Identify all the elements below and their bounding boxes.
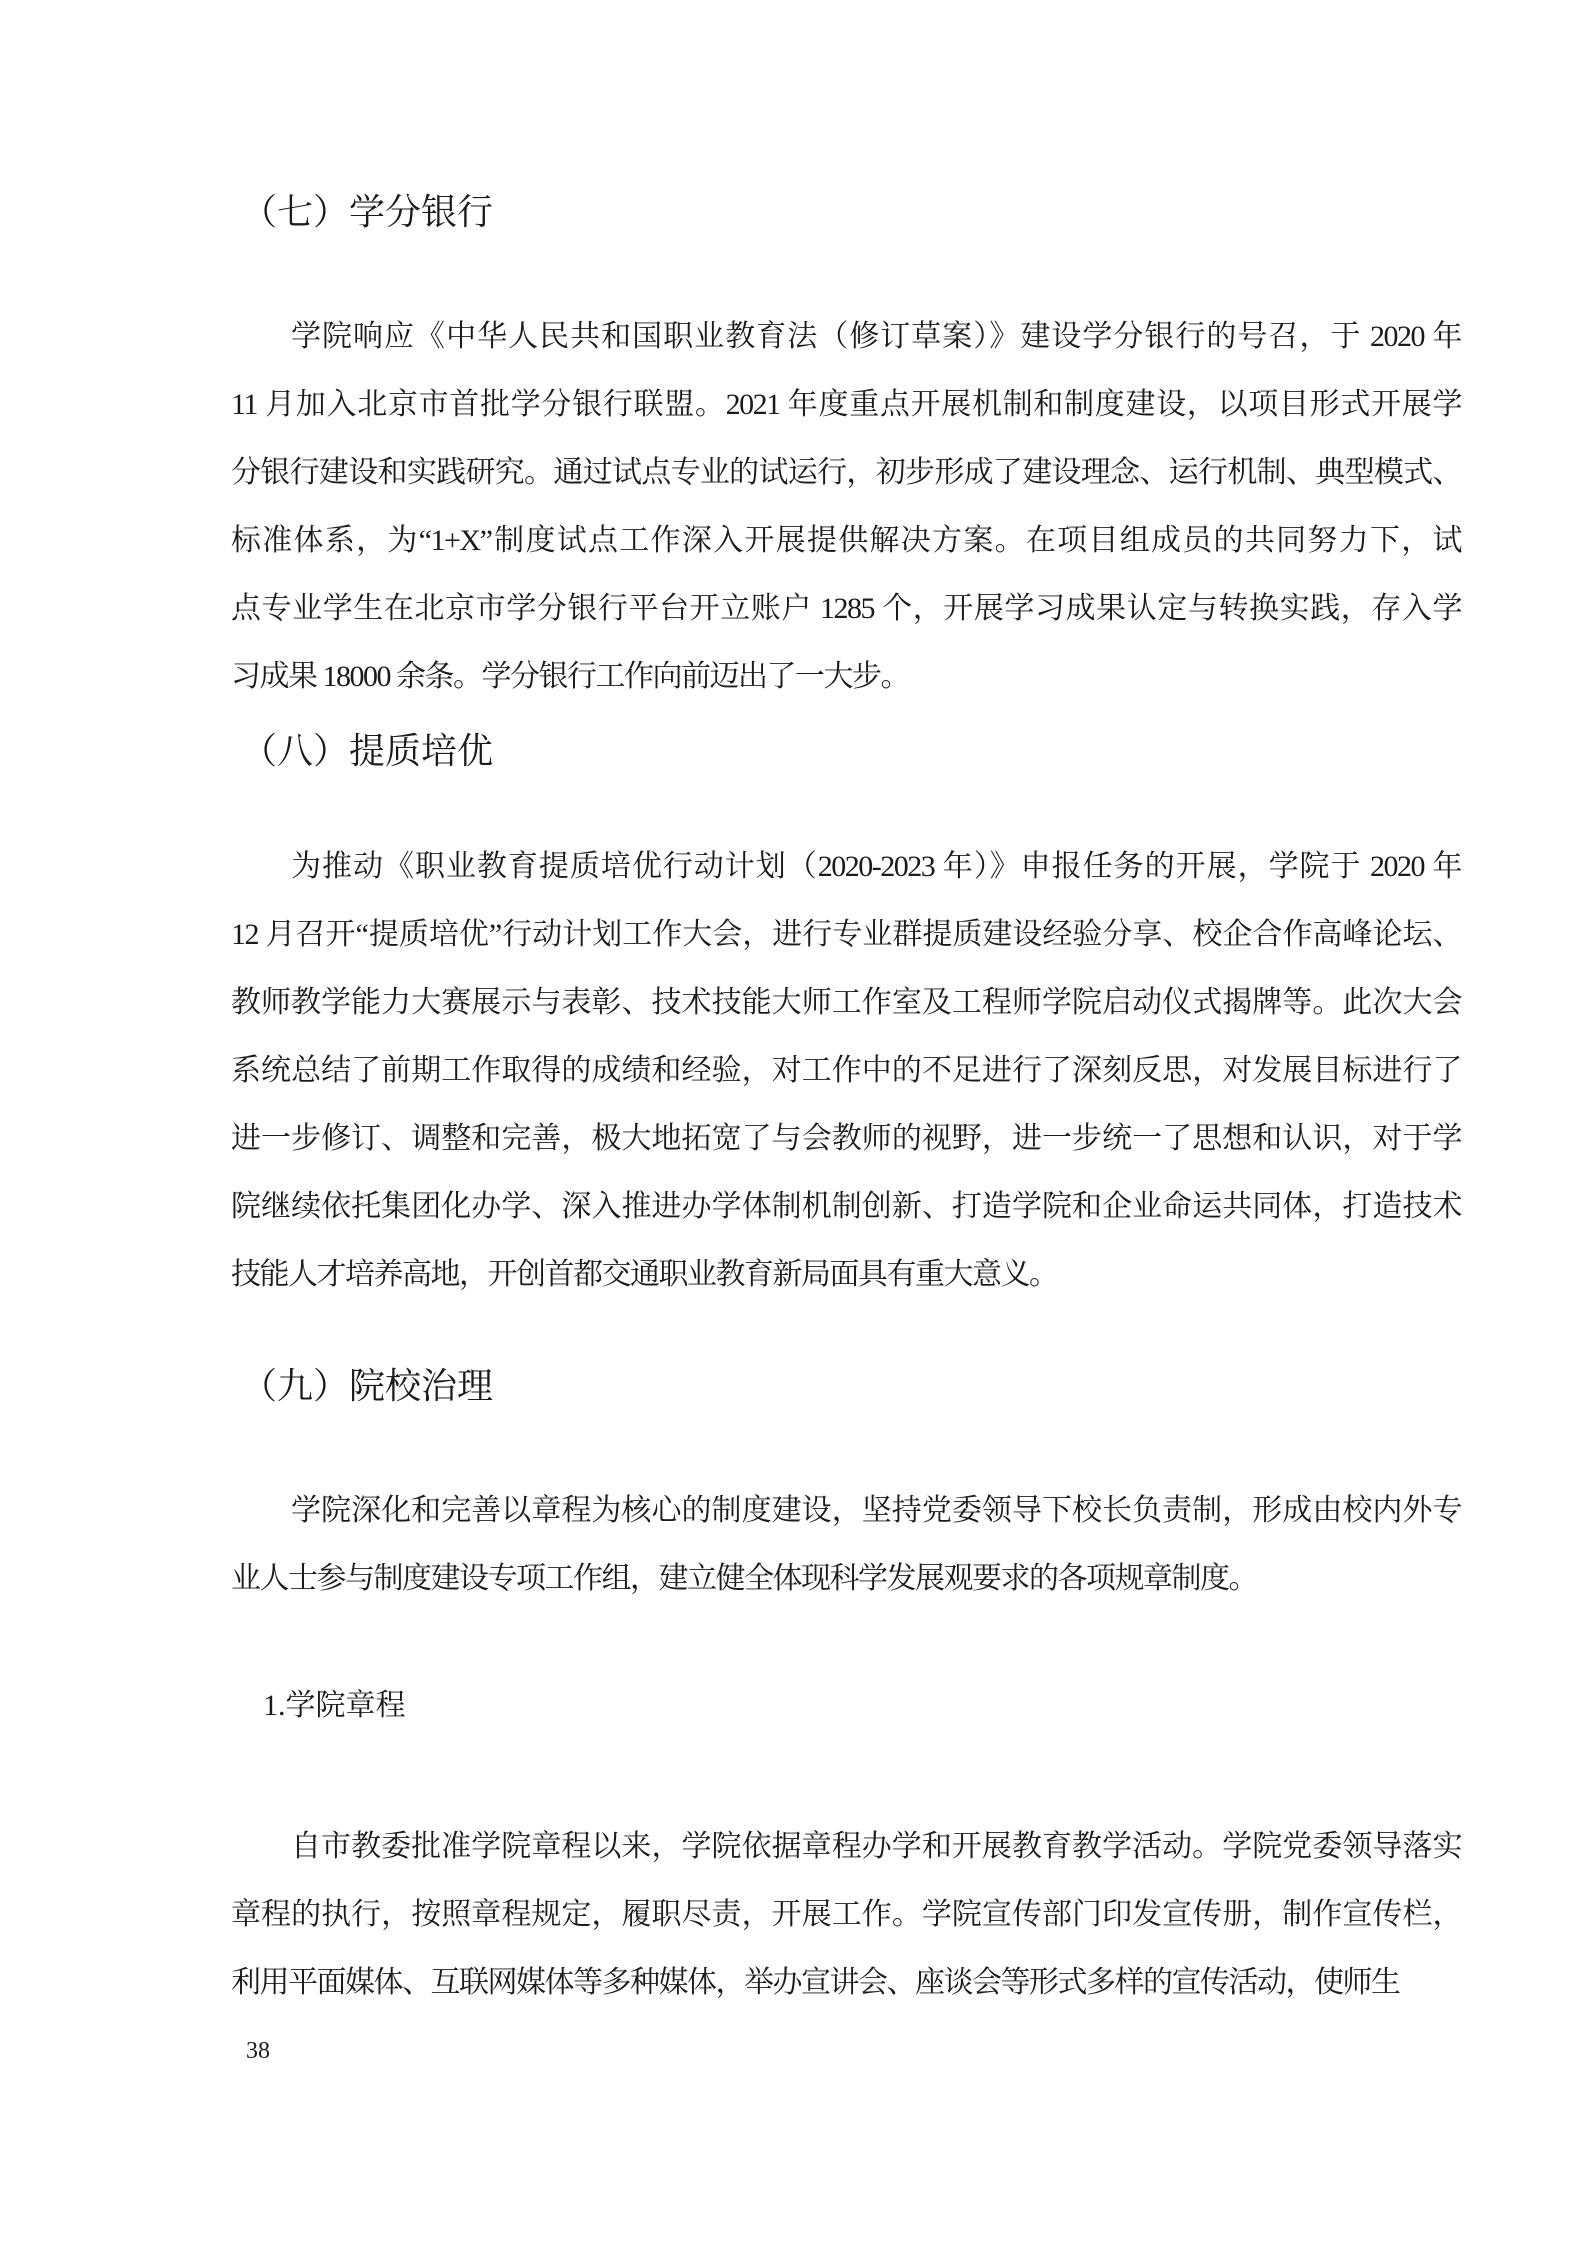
- paragraph: 为推动《职业教育提质培优行动计划（2020-2023 年）》申报任务的开展，学院…: [231, 833, 1461, 1309]
- subsection-heading: 1.学院章程: [263, 1672, 1461, 1740]
- paragraph: 学院深化和完善以章程为核心的制度建设，坚持党委领导下校长负责制，形成由校内外专业…: [231, 1477, 1461, 1613]
- text-line: 为推动《职业教育提质培优行动计划（2020-2023 年）》申报任务的开展，学院…: [231, 833, 1461, 901]
- text-line: 点专业学生在北京市学分银行平台开立账户 1285 个，开展学习成果认定与转换实践…: [231, 575, 1461, 643]
- text-line: 学院响应《中华人民共和国职业教育法（修订草案）》建设学分银行的号召，于 2020…: [231, 303, 1461, 371]
- document-body: （七）学分银行学院响应《中华人民共和国职业教育法（修订草案）》建设学分银行的号召…: [231, 178, 1461, 2017]
- text-line: 业人士参与制度建设专项工作组，建立健全体现科学发展观要求的各项规章制度。: [231, 1545, 1461, 1613]
- text-line: 分银行建设和实践研究。通过试点专业的试运行，初步形成了建设理念、运行机制、典型模…: [231, 439, 1461, 507]
- text-line: 11 月加入北京市首批学分银行联盟。2021 年度重点开展机制和制度建设，以项目…: [231, 371, 1461, 439]
- section-heading: （七）学分银行: [231, 178, 1461, 246]
- text-line: 系统总结了前期工作取得的成绩和经验，对工作中的不足进行了深刻反思，对发展目标进行…: [231, 1037, 1461, 1105]
- text-line: 12 月召开“提质培优”行动计划工作大会，进行专业群提质建设经验分享、校企合作高…: [231, 901, 1461, 969]
- page-number: 38: [246, 2036, 270, 2066]
- text-line: 习成果 18000 余条。学分银行工作向前迈出了一大步。: [231, 643, 1461, 711]
- paragraph: 学院响应《中华人民共和国职业教育法（修订草案）》建设学分银行的号召，于 2020…: [231, 303, 1461, 711]
- text-line: 利用平面媒体、互联网媒体等多种媒体，举办宣讲会、座谈会等形式多样的宣传活动，使师…: [231, 1949, 1461, 2017]
- text-line: 自市教委批准学院章程以来，学院依据章程办学和开展教育教学活动。学院党委领导落实: [231, 1813, 1461, 1881]
- paragraph: 自市教委批准学院章程以来，学院依据章程办学和开展教育教学活动。学院党委领导落实章…: [231, 1813, 1461, 2017]
- text-line: 技能人才培养高地，开创首都交通职业教育新局面具有重大意义。: [231, 1241, 1461, 1309]
- text-line: 进一步修订、调整和完善，极大地拓宽了与会教师的视野，进一步统一了思想和认识，对于…: [231, 1105, 1461, 1173]
- text-line: 章程的执行，按照章程规定，履职尽责，开展工作。学院宣传部门印发宣传册，制作宣传栏…: [231, 1881, 1461, 1949]
- text-line: 标准体系，为“1+X”制度试点工作深入开展提供解决方案。在项目组成员的共同努力下…: [231, 507, 1461, 575]
- text-line: 教师教学能力大赛展示与表彰、技术技能大师工作室及工程师学院启动仪式揭牌等。此次大…: [231, 969, 1461, 1037]
- section-heading: （九）院校治理: [231, 1352, 1461, 1420]
- section-heading: （八）提质培优: [231, 717, 1461, 785]
- text-line: 学院深化和完善以章程为核心的制度建设，坚持党委领导下校长负责制，形成由校内外专: [231, 1477, 1461, 1545]
- text-line: 院继续依托集团化办学、深入推进办学体制机制创新、打造学院和企业命运共同体，打造技…: [231, 1173, 1461, 1241]
